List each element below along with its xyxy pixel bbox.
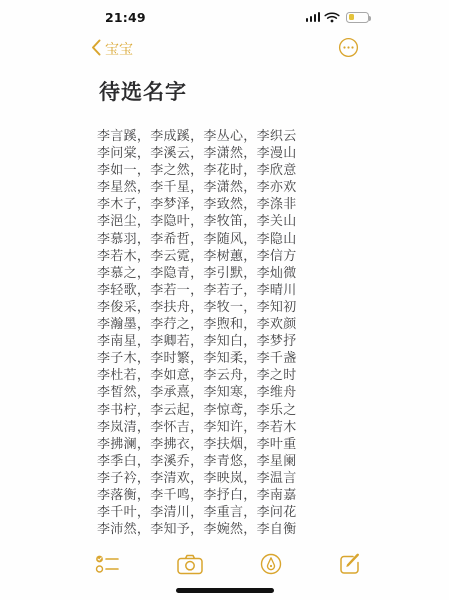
name-line: 李如一，李之然，李花时，李欣意 [97, 162, 379, 179]
name-line: 李若木，李云霓，李树蕙，李信方 [97, 248, 379, 265]
compose-icon [339, 553, 361, 579]
status-bar: 21:49 [85, 6, 369, 28]
name-line: 李拂澜，李拂衣，李扶烟，李叶重 [97, 436, 379, 453]
chevron-left-icon [91, 39, 101, 60]
name-line: 李岚清，李怀吉，李知许，李若木 [97, 419, 379, 436]
name-line: 李浥尘，李隐叶，李牧笛，李关山 [97, 213, 379, 230]
status-icons [306, 8, 370, 27]
compose-button[interactable] [339, 553, 361, 579]
name-line: 李问棠，李溪云，李潇然，李漫山 [97, 145, 379, 162]
name-line: 李沛然，李知予，李婉然，李自衡 [97, 521, 379, 538]
status-time: 21:49 [85, 10, 146, 25]
name-line: 李皙然，李承熹，李知寒，李维舟 [97, 384, 379, 401]
battery-icon [346, 12, 369, 23]
cellular-signal-icon [306, 12, 321, 22]
name-line: 李慕羽，李希哲，李随风，李隐山 [97, 231, 379, 248]
name-line: 李星然，李千星，李潇然，李亦欢 [97, 179, 379, 196]
checklist-button[interactable] [95, 553, 120, 579]
home-indicator[interactable] [176, 588, 274, 593]
note-title: 待选名字 [99, 76, 187, 106]
name-line: 李子木，李时繁，李知柔，李千盏 [97, 350, 379, 367]
back-label: 宝宝 [105, 39, 133, 59]
name-line: 李木子，李梦泽，李致然，李涤非 [97, 196, 379, 213]
name-line: 李杜若，李如意，李云舟，李之时 [97, 367, 379, 384]
checklist-icon [95, 553, 120, 579]
name-line: 李书柠，李云起，李惊鸢，李乐之 [97, 402, 379, 419]
camera-button[interactable] [177, 554, 203, 579]
name-line: 李瀚墨，李荇之，李煦和，李欢颜 [97, 316, 379, 333]
notes-toolbar [95, 551, 361, 581]
name-line: 李轻歌，李若一，李若子，李晴川 [97, 282, 379, 299]
wifi-icon [324, 8, 340, 27]
markup-button[interactable] [260, 553, 282, 579]
camera-icon [177, 554, 203, 579]
back-button[interactable]: 宝宝 [85, 39, 133, 60]
markup-pen-icon [260, 553, 282, 579]
name-line: 李千叶，李清川，李重言，李问花 [97, 504, 379, 521]
note-body[interactable]: 李言蹊，李成蹊，李丛心，李织云 李问棠，李溪云，李潇然，李漫山 李如一，李之然，… [97, 128, 379, 538]
ellipsis-circle-icon [338, 37, 359, 62]
name-line: 李季白，李溪乔，李青悠，李星阑 [97, 453, 379, 470]
name-line: 李子衿，李清欢，李映岚，李温言 [97, 470, 379, 487]
name-line: 李南星，李卿若，李知白，李梦抒 [97, 333, 379, 350]
name-line: 李言蹊，李成蹊，李丛心，李织云 [97, 128, 379, 145]
more-options-button[interactable] [338, 37, 359, 62]
nav-bar: 宝宝 [85, 36, 369, 62]
name-line: 李落衡，李千鸣，李抒白，李南嘉 [97, 487, 379, 504]
notes-app-screen: 21:49 宝宝 [0, 0, 449, 600]
name-line: 李俊采，李扶舟，李牧一，李知初 [97, 299, 379, 316]
name-line: 李慕之，李隐青，李引默，李灿微 [97, 265, 379, 282]
